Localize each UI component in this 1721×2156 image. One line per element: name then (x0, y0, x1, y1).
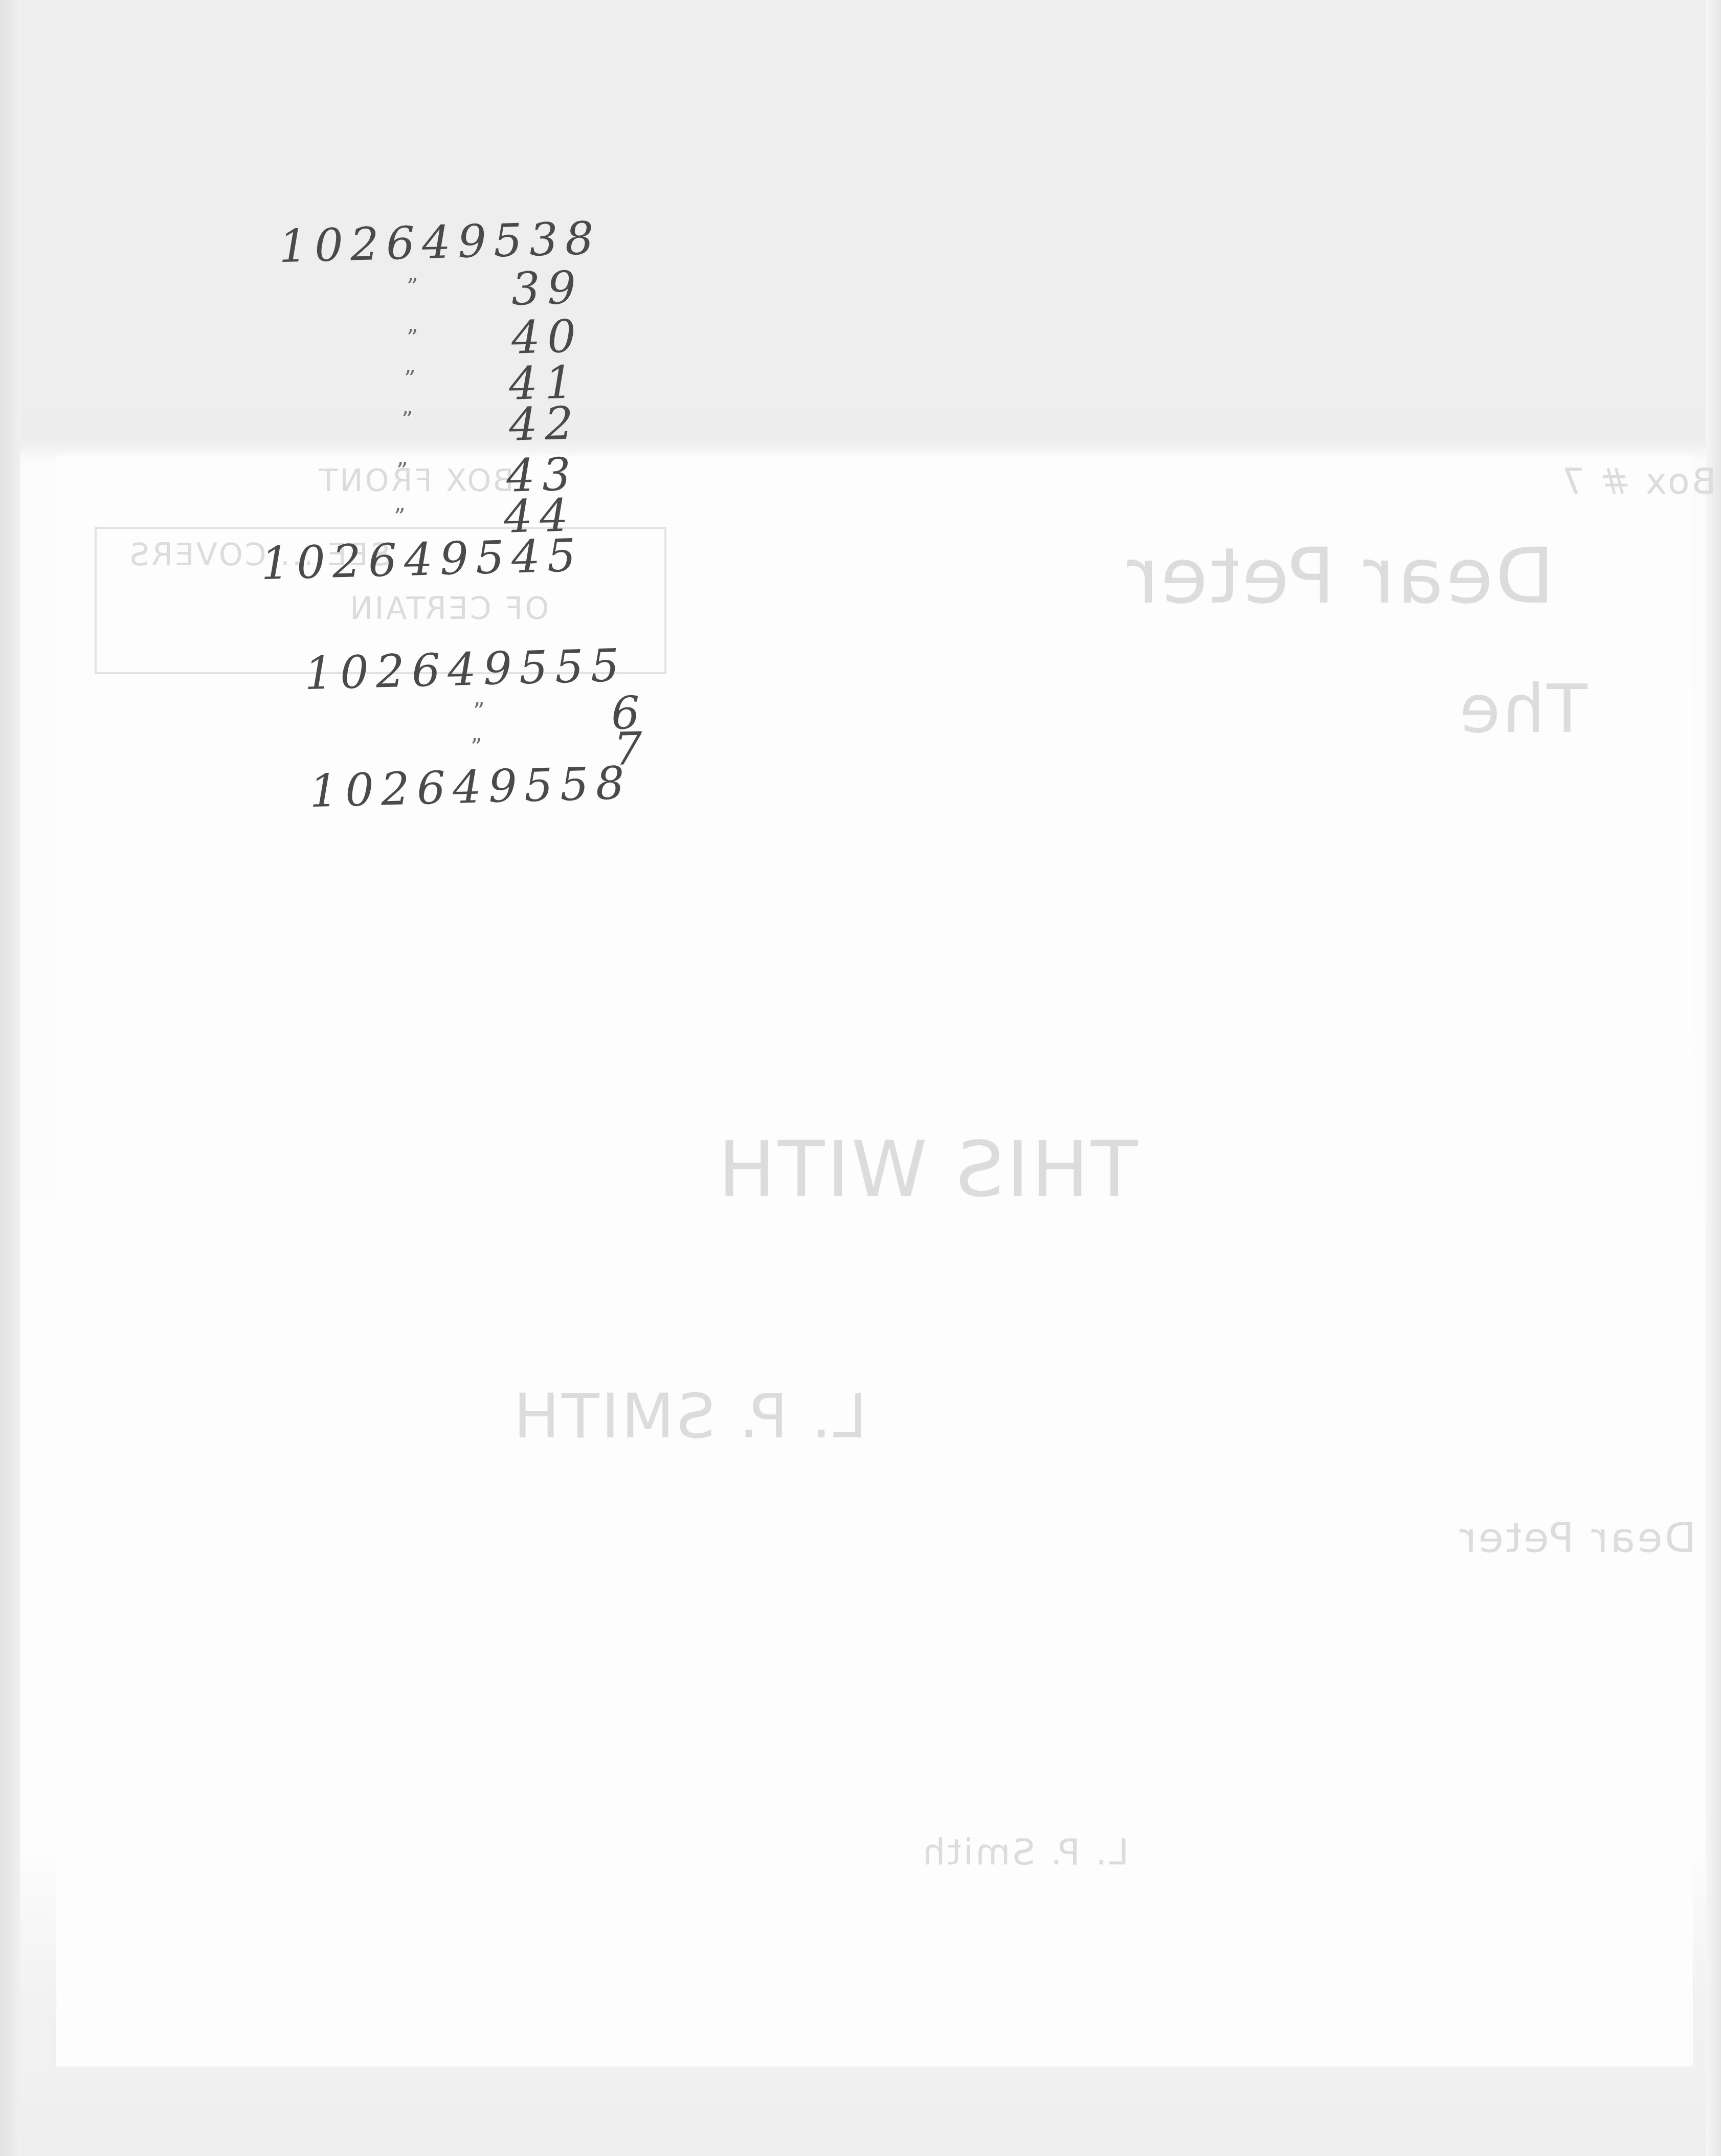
ditto-mark: ” (407, 327, 418, 350)
ditto-mark: ” (396, 460, 408, 483)
handwritten-number: 40 (511, 314, 584, 361)
bleed-through-box-line-3: OF CERTAIN (348, 591, 549, 627)
lighter-paper-region (56, 455, 1693, 2066)
ditto-mark: ” (394, 506, 406, 529)
ditto-mark: ” (401, 409, 413, 432)
handwritten-number: 42 (508, 401, 581, 448)
bleed-through-box-line-1: BOX FRONT (317, 463, 514, 499)
handwritten-number: 102649545 (260, 533, 584, 586)
ditto-mark: ” (404, 368, 416, 391)
handwritten-number: 102649538 (278, 216, 601, 269)
bleed-through-caps-line: THIS WITH (716, 1125, 1138, 1214)
ditto-mark: ” (407, 276, 418, 299)
bleed-through-salutation: Dear Peter (1125, 532, 1554, 621)
bleed-through-signature: L. P. SMITH (511, 1381, 867, 1452)
bleed-through-salutation-2: Dear Peter (1458, 1514, 1696, 1562)
ditto-mark: ” (471, 737, 482, 759)
ditto-mark: ” (473, 701, 485, 723)
handwritten-number: 39 (511, 265, 584, 312)
page-right-edge-shadow (1706, 0, 1721, 2156)
bleed-through-word: The (1458, 670, 1588, 748)
bleed-through-signature-2: L. P. Smith (921, 1831, 1129, 1873)
handwritten-number: 102649558 (309, 761, 632, 814)
bleed-through-box-number: Box # 7 (1560, 460, 1716, 502)
handwritten-number: 102649555 (304, 643, 627, 696)
page-left-edge-shadow (0, 0, 20, 2156)
